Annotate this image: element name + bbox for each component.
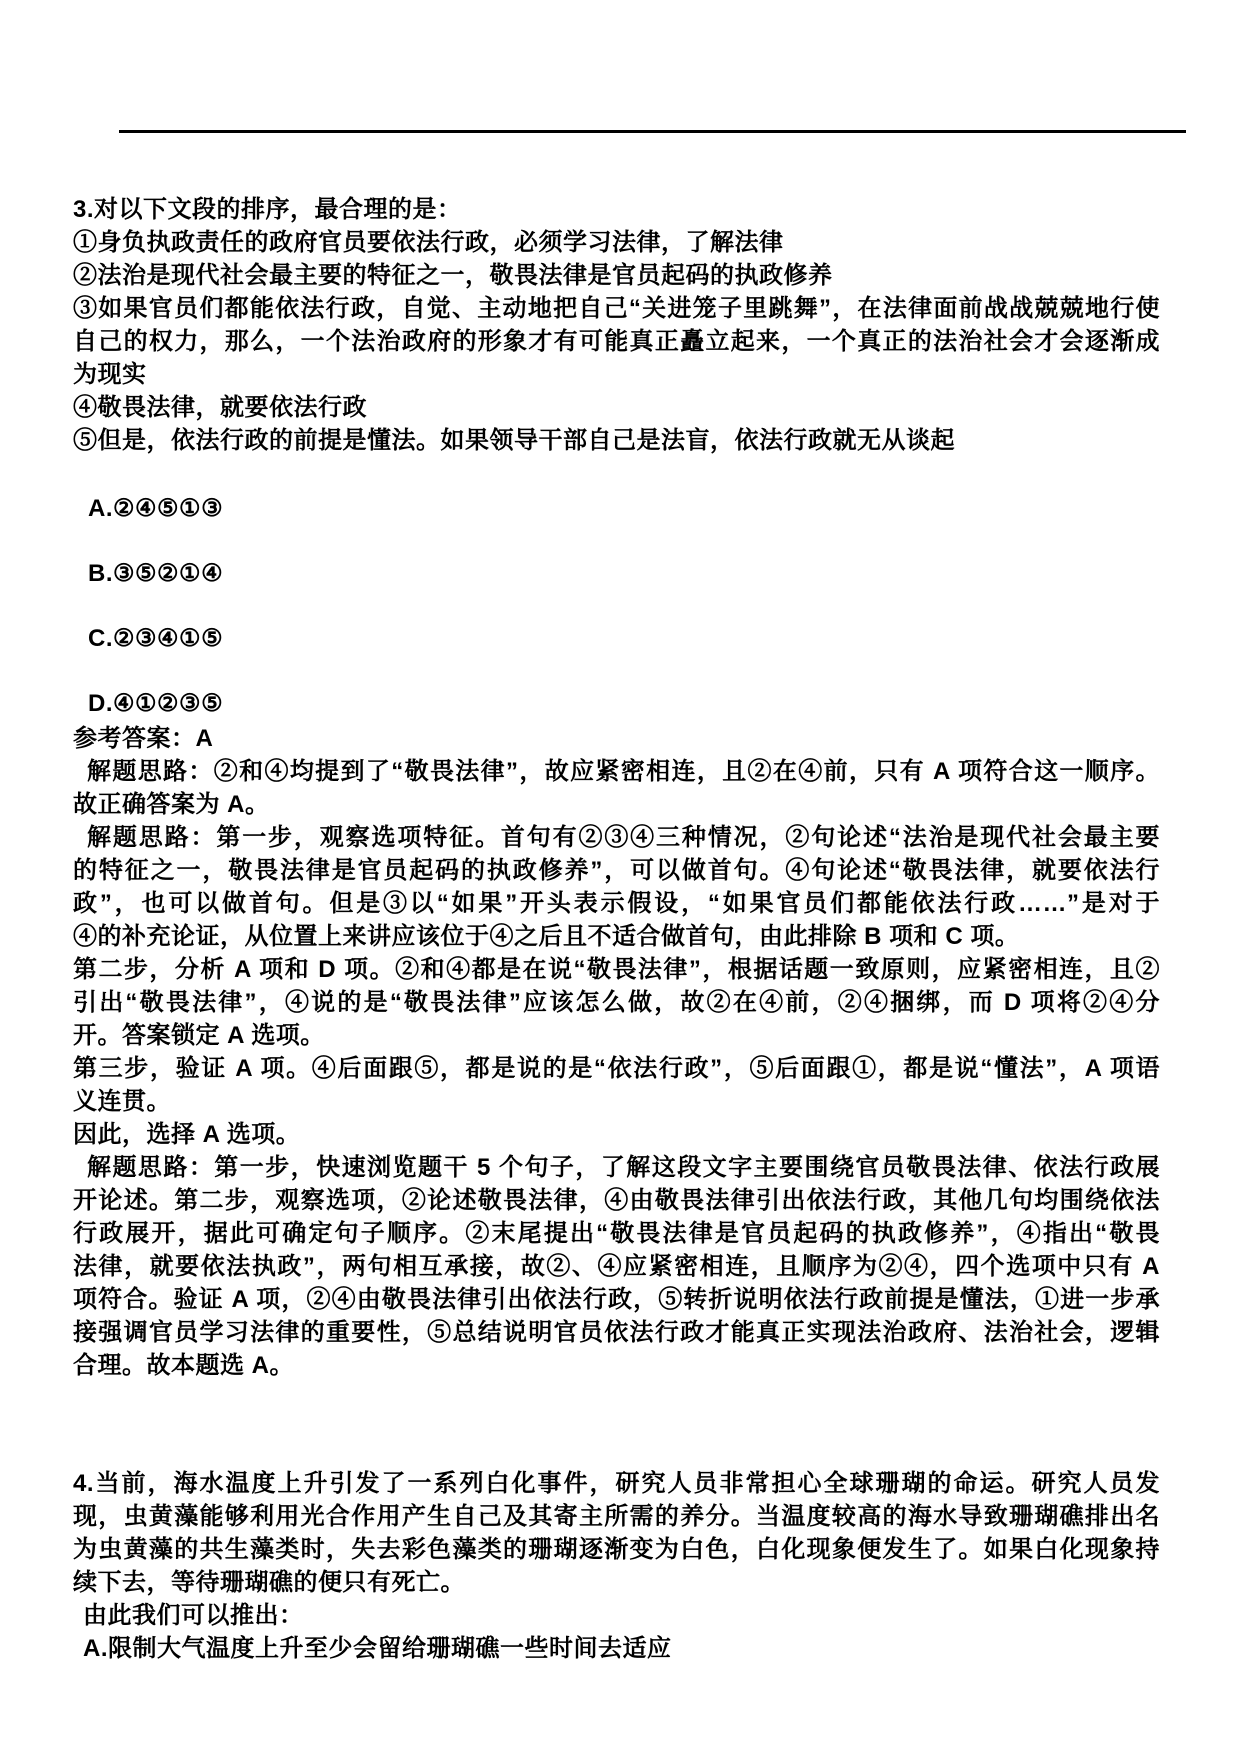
question-4-stem-line-3: 为虫黄藻的共生藻类时，失去彩色藻类的珊瑚逐渐变为白色，白化现象便发生了。如果白化… — [73, 1533, 1160, 1566]
question-4: 4.当前，海水温度上升引发了一系列白化事件，研究人员非常担心全球珊瑚的命运。研究… — [73, 1467, 1160, 1665]
question-3-sentence-3: ③如果官员们都能依法行政，自觉、主动地把自己“关进笼子里跳舞”，在法律面前战战兢… — [73, 292, 1160, 325]
question-3-option-c: C.②③④①⑤ — [73, 622, 1160, 655]
spacer — [73, 457, 1160, 492]
question-3-analysis-line-13: 解题思路：第一步，快速浏览题干 5 个句子，了解这段文字主要围绕官员敬畏法律、依… — [73, 1151, 1160, 1184]
question-3-analysis-line-6: ④的补充论证，从位置上来讲应该位于④之后且不适合做首句，由此排除 B 项和 C … — [73, 920, 1160, 953]
question-3-analysis-line-11: 义连贯。 — [73, 1085, 1160, 1118]
spacer — [73, 655, 1160, 687]
spacer — [73, 525, 1160, 557]
question-3: 3.对以下文段的排序，最合理的是： ①身负执政责任的政府官员要依法行政，必须学习… — [73, 193, 1160, 1382]
question-3-analysis-line-3: 解题思路：第一步，观察选项特征。首句有②③④三种情况，②句论述“法治是现代社会最… — [73, 821, 1160, 854]
question-content: 3.对以下文段的排序，最合理的是： ①身负执政责任的政府官员要依法行政，必须学习… — [73, 193, 1160, 1665]
question-4-stem-line-4: 续下去，等待珊瑚礁的便只有死亡。 — [73, 1566, 1160, 1599]
question-3-sentence-5: ⑤但是，依法行政的前提是懂法。如果领导干部自己是法盲，依法行政就无从谈起 — [73, 424, 1160, 457]
question-3-number-line: 3.对以下文段的排序，最合理的是： — [73, 193, 1160, 226]
question-3-analysis-line-8: 引出“敬畏法律”，④说的是“敬畏法律”应该怎么做，故②在④前，②④捆绑，而 D … — [73, 986, 1160, 1019]
question-3-analysis-line-2: 故正确答案为 A。 — [73, 788, 1160, 821]
question-3-analysis-line-5: 政”，也可以做首句。但是③以“如果”开头表示假设，“如果官员们都能依法行政……”… — [73, 887, 1160, 920]
question-3-sentence-3c: 为现实 — [73, 358, 1160, 391]
question-3-analysis-line-9: 开。答案锁定 A 选项。 — [73, 1019, 1160, 1052]
question-3-analysis-line-15: 行政展开，据此可确定句子顺序。②末尾提出“敬畏法律是官员起码的执政修养”，④指出… — [73, 1217, 1160, 1250]
question-4-stem-line-2: 现，虫黄藻能够利用光合作用产生自己及其寄主所需的养分。当温度较高的海水导致珊瑚礁… — [73, 1500, 1160, 1533]
question-4-option-a: A.限制大气温度上升至少会留给珊瑚礁一些时间去适应 — [73, 1632, 1160, 1665]
question-3-analysis-line-17: 项符合。验证 A 项，②④由敬畏法律引出依法行政，⑤转折说明依法行政前提是懂法，… — [73, 1283, 1160, 1316]
spacer — [73, 1382, 1160, 1467]
question-3-option-b: B.③⑤②①④ — [73, 557, 1160, 590]
question-3-analysis-line-10: 第三步，验证 A 项。④后面跟⑤，都是说的是“依法行政”，⑤后面跟①，都是说“懂… — [73, 1052, 1160, 1085]
question-3-analysis-line-16: 法律，就要依法执政”，两句相互承接，故②、④应紧密相连，且顺序为②④，四个选项中… — [73, 1250, 1160, 1283]
question-3-sentence-4: ④敬畏法律，就要依法行政 — [73, 391, 1160, 424]
question-3-answer: 参考答案：A — [73, 722, 1160, 755]
question-4-prompt: 由此我们可以推出： — [73, 1599, 1160, 1632]
question-3-sentence-2: ②法治是现代社会最主要的特征之一，敬畏法律是官员起码的执政修养 — [73, 259, 1160, 292]
question-3-analysis-line-12: 因此，选择 A 选项。 — [73, 1118, 1160, 1151]
question-3-analysis-line-18: 接强调官员学习法律的重要性，⑤总结说明官员依法行政才能真正实现法治政府、法治社会… — [73, 1316, 1160, 1349]
question-3-option-a: A.②④⑤①③ — [73, 492, 1160, 525]
question-3-analysis-line-19: 合理。故本题选 A。 — [73, 1349, 1160, 1382]
spacer — [73, 590, 1160, 622]
question-3-analysis-line-14: 开论述。第二步，观察选项，②论述敬畏法律，④由敬畏法律引出依法行政，其他几句均围… — [73, 1184, 1160, 1217]
question-3-analysis-line-1: 解题思路：②和④均提到了“敬畏法律”，故应紧密相连，且②在④前，只有 A 项符合… — [73, 755, 1160, 788]
question-3-analysis-line-4: 的特征之一，敬畏法律是官员起码的执政修养”，可以做首句。④句论述“敬畏法律，就要… — [73, 854, 1160, 887]
question-3-sentence-3b: 自己的权力，那么，一个法治政府的形象才有可能真正矗立起来，一个真正的法治社会才会… — [73, 325, 1160, 358]
question-3-sentence-1: ①身负执政责任的政府官员要依法行政，必须学习法律，了解法律 — [73, 226, 1160, 259]
question-4-stem-line-1: 4.当前，海水温度上升引发了一系列白化事件，研究人员非常担心全球珊瑚的命运。研究… — [73, 1467, 1160, 1500]
header-divider-line — [119, 130, 1186, 133]
document-page: 3.对以下文段的排序，最合理的是： ①身负执政责任的政府官员要依法行政，必须学习… — [0, 0, 1240, 1753]
question-3-analysis-line-7: 第二步，分析 A 项和 D 项。②和④都是在说“敬畏法律”，根据话题一致原则，应… — [73, 953, 1160, 986]
question-3-option-d: D.④①②③⑤ — [73, 687, 1160, 720]
